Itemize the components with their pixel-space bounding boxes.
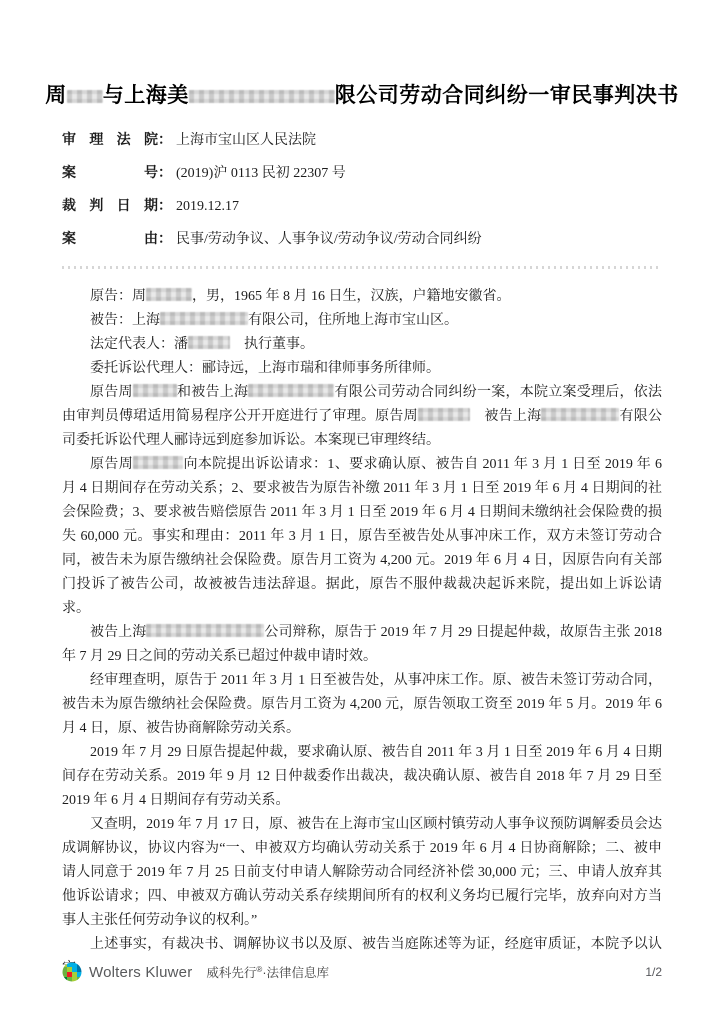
page-indicator: 1/2 [645,965,662,979]
wolters-kluwer-logo-icon [62,962,82,982]
redacted-text [541,408,619,421]
paragraph: 法定代表人：潘 执行董事。 [62,333,662,357]
meta-row: 案由：民事/劳动争议、人事争议/劳动争议/劳动合同纠纷 [62,233,662,247]
meta-row: 裁判日期：2019.12.17 [62,200,662,214]
judgment-document-page: 周与上海美限公司劳动合同纠纷一审民事判决书 审理法院：上海市宝山区人民法院案号：… [0,0,724,1024]
meta-colon: ： [158,134,172,148]
document-body: 原告：周，男，1965 年 8 月 16 日生，汉族，户籍地安徽省。被告：上海有… [62,285,662,981]
redacted-text [418,408,470,421]
redacted-text [189,90,335,103]
redacted-text [248,384,334,397]
paragraph: 经审理查明，原告于 2011 年 3 月 1 日至被告处，从事冲床工作。原、被告… [62,669,662,741]
meta-row: 案号：(2019)沪 0113 民初 22307 号 [62,167,662,181]
paragraph: 原告周和被告上海有限公司劳动合同纠纷一案，本院立案受理后，依法由审判员傅珺适用简… [62,381,662,453]
paragraph: 原告：周，男，1965 年 8 月 16 日生，汉族，户籍地安徽省。 [62,285,662,309]
meta-label: 审理法院 [62,134,158,148]
redacted-text [133,384,177,397]
paragraph: 原告周向本院提出诉讼请求：1、要求确认原、被告自 2011 年 3 月 1 日至… [62,453,662,621]
meta-colon: ： [158,167,172,181]
redacted-text [188,336,230,349]
document-title: 周与上海美限公司劳动合同纠纷一审民事判决书 [0,0,724,110]
redacted-text [146,624,264,637]
paragraph: 又查明，2019 年 7 月 17 日，原、被告在上海市宝山区顾村镇劳动人事争议… [62,813,662,933]
page-footer: Wolters Kluwer 威科先行®·法律信息库 1/2 [62,962,662,982]
redacted-text [133,456,183,469]
brand-name: Wolters Kluwer [89,964,192,981]
logo-mosaic [62,962,82,982]
meta-label: 裁判日期 [62,200,158,214]
redacted-text [67,90,103,103]
redacted-text [160,312,248,325]
product-name: 威科先行®·法律信息库 [206,963,329,981]
meta-label: 案号 [62,167,158,181]
meta-value: 2019.12.17 [176,200,662,214]
meta-row: 审理法院：上海市宝山区人民法院 [62,134,662,148]
meta-colon: ： [158,200,172,214]
meta-colon: ： [158,233,172,247]
meta-value: 民事/劳动争议、人事争议/劳动争议/劳动合同纠纷 [176,233,662,247]
meta-label: 案由 [62,233,158,247]
redacted-text [146,288,192,301]
paragraph: 被告：上海有限公司，住所地上海市宝山区。 [62,309,662,333]
meta-value: (2019)沪 0113 民初 22307 号 [176,167,662,181]
paragraph: 2019 年 7 月 29 日原告提起仲裁，要求确认原、被告自 2011 年 3… [62,741,662,813]
section-separator [62,266,662,269]
meta-value: 上海市宝山区人民法院 [176,134,662,148]
meta-section: 审理法院：上海市宝山区人民法院案号：(2019)沪 0113 民初 22307 … [0,134,724,247]
paragraph: 委托诉讼代理人：郦诗远，上海市瑞和律师事务所律师。 [62,357,662,381]
paragraph: 被告上海公司辩称，原告于 2019 年 7 月 29 日提起仲裁，故原告主张 2… [62,621,662,669]
